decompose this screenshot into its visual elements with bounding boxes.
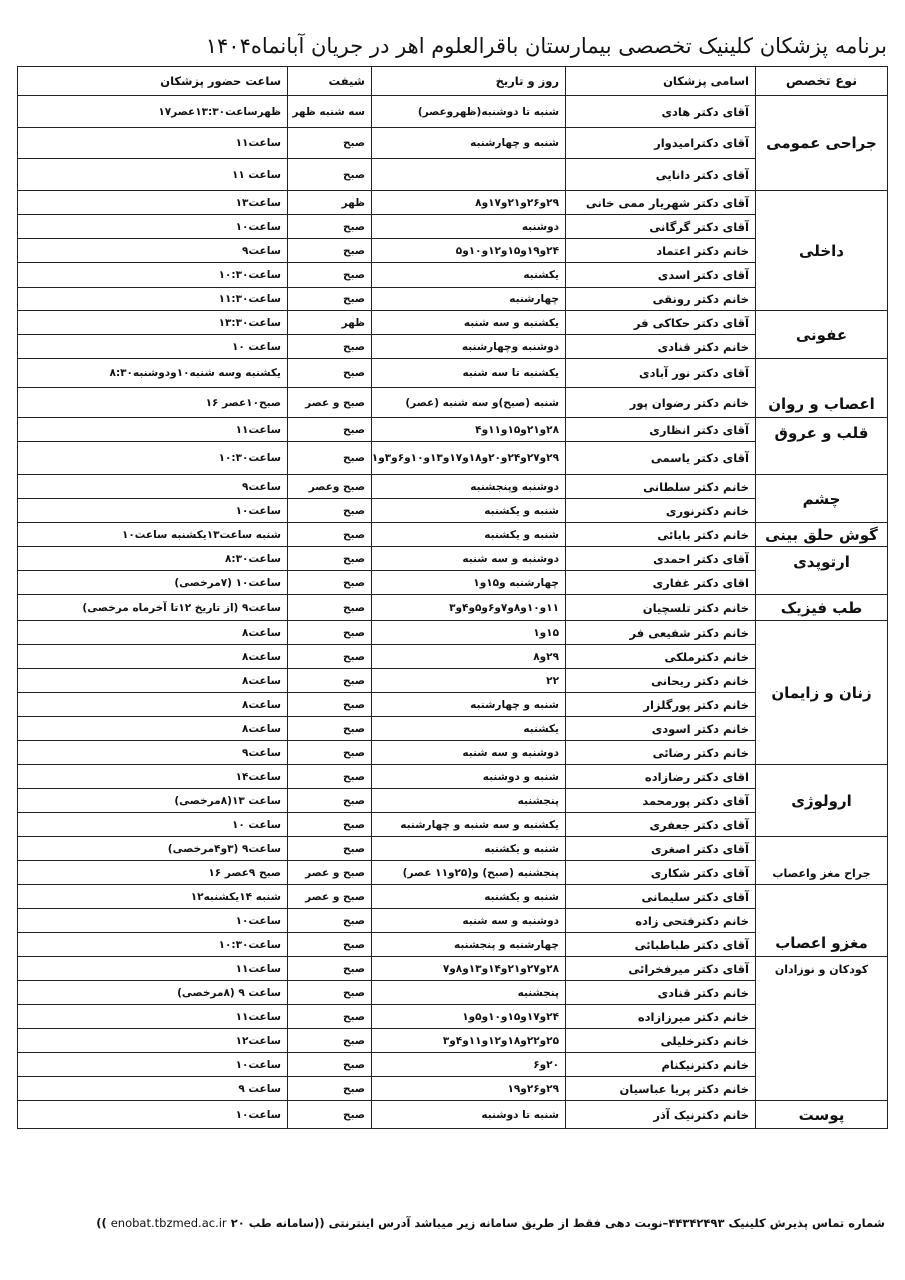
shift-cell: صبح — [288, 669, 372, 693]
hours-cell: ساعت۸:۳۰ — [18, 547, 288, 571]
doctor-name-cell: خانم دکترنوری — [566, 499, 756, 523]
days-cell: یکشنبه تا سه شنبه — [372, 359, 566, 388]
specialty-cell: طب فیزیک — [756, 595, 888, 621]
table-row: اعصاب و روانآقای دکتر نور آبادییکشنبه تا… — [18, 359, 888, 388]
table-row: طب فیزیکخانم دکتر تلسچیان۱۱و۱۰و۸و۷و۶و۵و۴… — [18, 595, 888, 621]
table-row: پوستخانم دکترنیک آذرشنبه تا دوشنبهصبحساع… — [18, 1101, 888, 1129]
days-cell: پنجشنبه — [372, 789, 566, 813]
doctor-name-cell: خانم دکتر بابائی — [566, 523, 756, 547]
table-row: چشمخانم دکتر سلطانیدوشنبه وپنجشنبهصبح وع… — [18, 475, 888, 499]
shift-cell: صبح — [288, 159, 372, 191]
days-cell: شنبه تا دوشنبه(ظهروعصر) — [372, 96, 566, 128]
hours-cell: ساعت۹ (۳و۴مرخصی) — [18, 837, 288, 861]
days-cell: دوشنبه و سه شنبه — [372, 547, 566, 571]
hours-cell: ساعت۱۰:۳۰ — [18, 442, 288, 475]
footer-url-link[interactable]: enobat.tbzmed.ac.ir — [111, 1216, 227, 1230]
days-cell: دوشنبه و سه شنبه — [372, 909, 566, 933]
schedule-body: جراحی عمومیآقای دکتر هادیشنبه تا دوشنبه(… — [18, 96, 888, 1129]
days-cell: ۲۸و۲۷و۲۱و۱۴و۱۳و۸و۷ — [372, 957, 566, 981]
doctor-name-cell: خانم دکتر رونقی — [566, 288, 756, 311]
doctor-name-cell: آقای دکتر جعفری — [566, 813, 756, 837]
days-cell: یکشنبه — [372, 263, 566, 288]
doctor-name-cell: آقای دکتر سلیمانی — [566, 885, 756, 909]
shift-cell: صبح — [288, 909, 372, 933]
doctor-name-cell: خانم دکترخلیلی — [566, 1029, 756, 1053]
doctor-name-cell: خانم دکتر اعتماد — [566, 239, 756, 263]
days-cell: دوشنبه — [372, 215, 566, 239]
doctor-name-cell: خانم دکتر میرزازاده — [566, 1005, 756, 1029]
table-row: قلب و عروقآقای دکتر انظاری۲۸و۲۱و۱۵و۱۱و۴ص… — [18, 418, 888, 442]
doctor-name-cell: خانم دکتر رضوان پور — [566, 388, 756, 418]
days-cell: پنجشنبه — [372, 981, 566, 1005]
shift-cell: صبح و عصر — [288, 388, 372, 418]
hours-cell: ساعت۱۰:۳۰ — [18, 263, 288, 288]
days-cell: ۲۹و۲۷و۲۴و۲۰و۱۸و۱۷و۱۳و۱۰و۶و۳و۱ — [372, 442, 566, 475]
shift-cell: صبح — [288, 741, 372, 765]
shift-cell: صبح — [288, 288, 372, 311]
doctor-name-cell: خانم دکتر پریا عباسیان — [566, 1077, 756, 1101]
hours-cell: شنبه ساعت۱۳یکشنبه ساعت۱۰ — [18, 523, 288, 547]
doctor-name-cell: خانم دکتر قنادی — [566, 335, 756, 359]
doctor-name-cell: آقای دکتر شهریار ممی خانی — [566, 191, 756, 215]
specialty-cell: زنان و زایمان — [756, 621, 888, 765]
doctor-name-cell: آقای دکتر شکاری — [566, 861, 756, 885]
shift-cell: سه شنبه ظهر — [288, 96, 372, 128]
shift-cell: صبح — [288, 128, 372, 159]
shift-cell: صبح — [288, 933, 372, 957]
doctor-name-cell: آقای دکترامیدوار — [566, 128, 756, 159]
specialty-cell: گوش حلق بینی — [756, 523, 888, 547]
hours-cell: ساعت۱۲ — [18, 1029, 288, 1053]
shift-cell: صبح — [288, 499, 372, 523]
days-cell: دوشنبه وچهارشنبه — [372, 335, 566, 359]
header-doctors: اسامی پزشکان — [566, 67, 756, 96]
doctor-name-cell: آقای دکتر اسدی — [566, 263, 756, 288]
shift-cell: صبح — [288, 789, 372, 813]
doctor-name-cell: خانم دکترفتحی زاده — [566, 909, 756, 933]
specialty-cell: عفونی — [756, 311, 888, 359]
days-cell: شنبه و چهارشنبه — [372, 693, 566, 717]
specialty-cell: اعصاب و روان — [756, 359, 888, 418]
table-row: جراحی عمومیآقای دکتر هادیشنبه تا دوشنبه(… — [18, 96, 888, 128]
hours-cell: ساعت۹ — [18, 475, 288, 499]
shift-cell: صبح — [288, 239, 372, 263]
days-cell: ۱۱و۱۰و۸و۷و۶و۵و۴و۳ — [372, 595, 566, 621]
shift-cell: صبح — [288, 717, 372, 741]
header-hours: ساعت حضور پزشکان — [18, 67, 288, 96]
shift-cell: صبح — [288, 645, 372, 669]
doctor-name-cell: خانم دکتر سلطانی — [566, 475, 756, 499]
days-cell: دوشنبه وپنجشنبه — [372, 475, 566, 499]
days-cell: ۲۲ — [372, 669, 566, 693]
hours-cell: یکشنبه وسه شنبه۱۰ودوشنبه۸:۳۰ — [18, 359, 288, 388]
shift-cell: صبح — [288, 1029, 372, 1053]
hours-cell: ساعت۱۰ (۷مرخصی) — [18, 571, 288, 595]
days-cell: شنبه تا دوشنبه — [372, 1101, 566, 1129]
days-cell: ۲۵و۲۲و۱۸و۱۲و۱۱و۴و۳ — [372, 1029, 566, 1053]
doctor-name-cell: آقای دکتر طباطبائی — [566, 933, 756, 957]
shift-cell: صبح — [288, 547, 372, 571]
doctor-name-cell: خانم دکتر تلسچیان — [566, 595, 756, 621]
shift-cell: صبح — [288, 837, 372, 861]
doctor-name-cell: خانم دکتر ریحانی — [566, 669, 756, 693]
hours-cell: ساعت۸ — [18, 645, 288, 669]
shift-cell: صبح — [288, 981, 372, 1005]
days-cell: ۲۴و۱۷و۱۵و۱۰و۵و۱ — [372, 1005, 566, 1029]
days-cell: پنجشنبه (صبح) و(۲۵و۱۱ عصر) — [372, 861, 566, 885]
days-cell: شنبه و یکشنبه — [372, 885, 566, 909]
shift-cell: صبح — [288, 693, 372, 717]
hours-cell: ساعت۹ — [18, 741, 288, 765]
doctor-name-cell: خانم دکترنیکنام — [566, 1053, 756, 1077]
schedule-table: نوع تخصص اسامی پزشکان روز و تاریخ شیفت س… — [17, 66, 888, 1129]
days-cell: شنبه و دوشنبه — [372, 765, 566, 789]
hours-cell: ساعت ۱۱ — [18, 159, 288, 191]
shift-cell: صبح — [288, 215, 372, 239]
contact-footer: شماره تماس پذیرش کلینیک ۴۴۳۴۲۴۹۳–نوبت ده… — [60, 1216, 885, 1230]
doctor-name-cell: آقای دکتر هادی — [566, 96, 756, 128]
hours-cell: ظهرساعت۱۳:۳۰عصر۱۷ — [18, 96, 288, 128]
hours-cell: ساعت۱۱ — [18, 418, 288, 442]
page-title: برنامه پزشکان کلینیک تخصصی بیمارستان باق… — [220, 34, 887, 58]
hours-cell: ساعت ۹ (۸مرخصی) — [18, 981, 288, 1005]
doctor-name-cell: خانم دکتر قنادی — [566, 981, 756, 1005]
shift-cell: ظهر — [288, 311, 372, 335]
shift-cell: صبح — [288, 1077, 372, 1101]
hours-cell: ساعت۱۰:۳۰ — [18, 933, 288, 957]
specialty-cell: کودکان و نوزادان — [756, 957, 888, 1101]
hours-cell: ساعت۱۴ — [18, 765, 288, 789]
shift-cell: صبح — [288, 523, 372, 547]
shift-cell: صبح و عصر — [288, 885, 372, 909]
shift-cell: صبح و عصر — [288, 861, 372, 885]
days-cell: ۲۹و۸ — [372, 645, 566, 669]
table-header-row: نوع تخصص اسامی پزشکان روز و تاریخ شیفت س… — [18, 67, 888, 96]
doctor-name-cell: اقای دکتر غفاری — [566, 571, 756, 595]
specialty-cell: ارتوپدی — [756, 547, 888, 595]
hours-cell: ساعت۱۰ — [18, 215, 288, 239]
specialty-cell: ارولوژی — [756, 765, 888, 837]
shift-cell: صبح — [288, 263, 372, 288]
shift-cell: صبح — [288, 1053, 372, 1077]
table-row: عفونیآقای دکتر حکاکی فریکشنبه و سه شنبهظ… — [18, 311, 888, 335]
doctor-name-cell: آقای دکتر دانایی — [566, 159, 756, 191]
shift-cell: صبح — [288, 359, 372, 388]
doctor-name-cell: اقای دکتر رضازاده — [566, 765, 756, 789]
hours-cell: ساعت۱۳:۳۰ — [18, 311, 288, 335]
footer-text: شماره تماس پذیرش کلینیک ۴۴۳۴۲۴۹۳–نوبت ده… — [231, 1216, 885, 1230]
doctor-name-cell: خانم دکترنیک آذر — [566, 1101, 756, 1129]
doctor-name-cell: آقای دکتر اصغری — [566, 837, 756, 861]
hours-cell: ساعت۱۰ — [18, 909, 288, 933]
header-days: روز و تاریخ — [372, 67, 566, 96]
doctor-name-cell: آقای دکتر پورمحمد — [566, 789, 756, 813]
days-cell: شنبه و چهارشنبه — [372, 128, 566, 159]
doctor-name-cell: آقای دکتر نور آبادی — [566, 359, 756, 388]
hours-cell: ساعت ۱۳(۸مرخصی) — [18, 789, 288, 813]
hours-cell: ساعت۹ (از تاریخ ۱۲تا آخرماه مرخصی) — [18, 595, 288, 621]
days-cell: ۲۸و۲۱و۱۵و۱۱و۴ — [372, 418, 566, 442]
days-cell: شنبه و یکشنبه — [372, 499, 566, 523]
days-cell: چهارشنبه و۱۵و۱ — [372, 571, 566, 595]
days-cell: ۲۹و۲۶و۱۹ — [372, 1077, 566, 1101]
days-cell: دوشنبه و سه شنبه — [372, 741, 566, 765]
days-cell: شنبه و یکشنبه — [372, 837, 566, 861]
specialty-cell: قلب و عروق — [756, 418, 888, 475]
specialty-cell: مغزو اعصاب — [756, 885, 888, 957]
hours-cell: ساعت۸ — [18, 693, 288, 717]
table-row: مغزو اعصابآقای دکتر سلیمانیشنبه و یکشنبه… — [18, 885, 888, 909]
shift-cell: صبح — [288, 595, 372, 621]
days-cell: چهارشنبه و پنجشنبه — [372, 933, 566, 957]
doctor-name-cell: آقای دکتر احمدی — [566, 547, 756, 571]
hours-cell: ساعت۱۱:۳۰ — [18, 288, 288, 311]
doctor-name-cell: آقای دکتر میرفخرائی — [566, 957, 756, 981]
days-cell: یکشنبه — [372, 717, 566, 741]
table-row: گوش حلق بینیخانم دکتر بابائیشنبه و یکشنب… — [18, 523, 888, 547]
hours-cell: ساعت۱۱ — [18, 1005, 288, 1029]
doctor-name-cell: خانم دکترملکی — [566, 645, 756, 669]
hours-cell: ساعت ۱۰ — [18, 813, 288, 837]
hours-cell: ساعت۸ — [18, 669, 288, 693]
shift-cell: ظهر — [288, 191, 372, 215]
hours-cell: ساعت۱۰ — [18, 499, 288, 523]
hours-cell: ساعت ۹ — [18, 1077, 288, 1101]
specialty-cell: جراحی عمومی — [756, 96, 888, 191]
hours-cell: ساعت۸ — [18, 717, 288, 741]
table-row: داخلیآقای دکتر شهریار ممی خانی۲۹و۲۶و۲۱و۱… — [18, 191, 888, 215]
days-cell: یکشنبه و سه شنبه — [372, 311, 566, 335]
shift-cell: صبح — [288, 813, 372, 837]
days-cell: چهارشنبه — [372, 288, 566, 311]
doctor-name-cell: آقای دکتر یاسمی — [566, 442, 756, 475]
shift-cell: صبح — [288, 621, 372, 645]
days-cell: ۲۹و۲۶و۲۱و۱۷و۸ — [372, 191, 566, 215]
hours-cell: ساعت۱۳ — [18, 191, 288, 215]
table-row: زنان و زایمانخانم دکتر شفیعی فر۱۵و۱صبحسا… — [18, 621, 888, 645]
hours-cell: ساعت۱۰ — [18, 1101, 288, 1129]
doctor-name-cell: خانم دکتر پورگلزار — [566, 693, 756, 717]
table-row: ارولوژیاقای دکتر رضازادهشنبه و دوشنبهصبح… — [18, 765, 888, 789]
doctor-name-cell: آقای دکتر گرگانی — [566, 215, 756, 239]
specialty-cell: پوست — [756, 1101, 888, 1129]
shift-cell: صبح — [288, 571, 372, 595]
shift-cell: صبح وعصر — [288, 475, 372, 499]
hours-cell: ساعت۱۱ — [18, 957, 288, 981]
days-cell: شنبه و یکشنبه — [372, 523, 566, 547]
shift-cell: صبح — [288, 765, 372, 789]
doctor-name-cell: آقای دکتر انظاری — [566, 418, 756, 442]
shift-cell: صبح — [288, 1005, 372, 1029]
hours-cell: ساعت ۱۰ — [18, 335, 288, 359]
days-cell: ۲۴و۱۹و۱۵و۱۲و۱۰و۵ — [372, 239, 566, 263]
days-cell: ۱۵و۱ — [372, 621, 566, 645]
shift-cell: صبح — [288, 1101, 372, 1129]
shift-cell: صبح — [288, 335, 372, 359]
specialty-cell: داخلی — [756, 191, 888, 311]
shift-cell: صبح — [288, 442, 372, 475]
hours-cell: ساعت۹ — [18, 239, 288, 263]
hours-cell: صبح ۹عصر ۱۶ — [18, 861, 288, 885]
hours-cell: ساعت۱۱ — [18, 128, 288, 159]
table-row: ارتوپدیآقای دکتر احمدیدوشنبه و سه شنبهصب… — [18, 547, 888, 571]
doctor-name-cell: خانم دکتر اسودی — [566, 717, 756, 741]
hours-cell: ساعت۱۰ — [18, 1053, 288, 1077]
header-specialty: نوع تخصص — [756, 67, 888, 96]
footer-close: )) — [96, 1216, 107, 1230]
doctor-name-cell: خانم دکتر شفیعی فر — [566, 621, 756, 645]
days-cell: شنبه (صبح)و سه شنبه (عصر) — [372, 388, 566, 418]
table-row: کودکان و نوزادانآقای دکتر میرفخرائی۲۸و۲۷… — [18, 957, 888, 981]
days-cell — [372, 159, 566, 191]
shift-cell: صبح — [288, 957, 372, 981]
shift-cell: صبح — [288, 418, 372, 442]
doctor-name-cell: خانم دکتر رضائی — [566, 741, 756, 765]
days-cell: یکشنبه و سه شنبه و چهارشنبه — [372, 813, 566, 837]
table-row: جراح مغز واعصابآقای دکتر اصغریشنبه و یکش… — [18, 837, 888, 861]
specialty-cell: چشم — [756, 475, 888, 523]
days-cell: ۲۰و۶ — [372, 1053, 566, 1077]
specialty-cell: جراح مغز واعصاب — [756, 837, 888, 885]
doctor-name-cell: آقای دکتر حکاکی فر — [566, 311, 756, 335]
hours-cell: صبح۱۰عصر ۱۶ — [18, 388, 288, 418]
header-shift: شیفت — [288, 67, 372, 96]
hours-cell: شنبه ۱۴یکشنبه۱۲ — [18, 885, 288, 909]
hours-cell: ساعت۸ — [18, 621, 288, 645]
